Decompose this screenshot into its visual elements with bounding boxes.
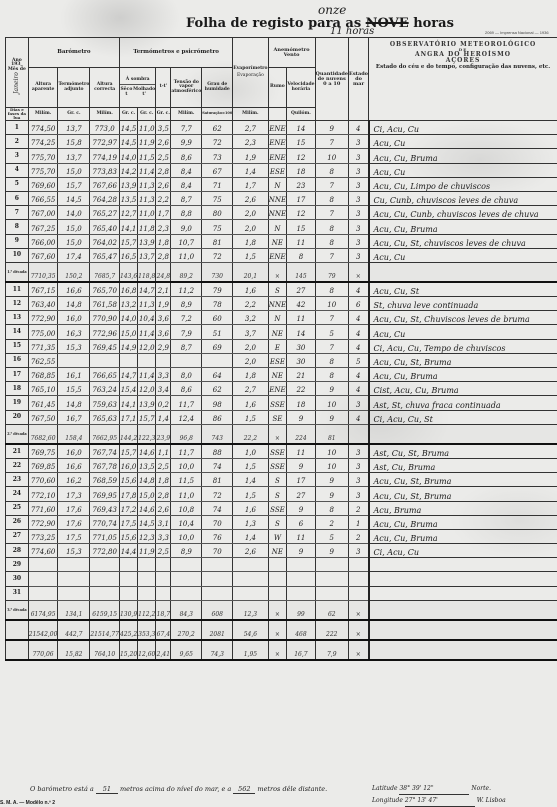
- cell-tensao: 11,0: [171, 487, 202, 501]
- cell-term: 158,4: [58, 424, 90, 444]
- cell-alt-ap: 767,15: [28, 282, 58, 296]
- cell-diff: 18,7: [156, 600, 171, 620]
- cell-vel: 99: [287, 600, 315, 620]
- cell-mar: 3: [349, 191, 369, 205]
- cell-nuv: 9: [315, 121, 349, 135]
- sea-state-header: Estado do mar: [349, 38, 369, 121]
- cell-term: 15,8: [58, 135, 90, 149]
- remark-cell: Acu, Cu, St, Bruma: [369, 473, 557, 487]
- cell-alt-ap: 769,75: [28, 444, 58, 458]
- cell-diff: [156, 572, 171, 586]
- cell-alt-corr: 761,58: [90, 297, 120, 311]
- cell-seco: 14,9: [119, 339, 137, 353]
- unit-direction: [268, 108, 287, 121]
- cell-molh: 11,3: [138, 177, 156, 191]
- cell-hum: 86: [202, 410, 233, 424]
- cell-seco: 15,7: [119, 234, 137, 248]
- remark-cell: [369, 262, 557, 282]
- cell-evap: 1,0: [233, 444, 268, 458]
- day-row: 12763,4014,8761,5813,211,31,98,9782,2NNE…: [6, 297, 557, 311]
- cell-vel: 14: [287, 121, 315, 135]
- cell-seco: 15,20: [119, 640, 137, 660]
- day-row: 21769,7516,0767,7415,714,61,111,7881,0SS…: [6, 444, 557, 458]
- cell-diff: 0,2: [156, 396, 171, 410]
- title-suffix: horas: [413, 16, 454, 31]
- cell-mar: 3: [349, 149, 369, 163]
- cell-seco: 17,5: [119, 515, 137, 529]
- unit-humidity: Saturação=100: [202, 108, 233, 121]
- register-sheet: Folha de registo para as NOVE horas onze…: [0, 0, 557, 807]
- cell-hum: 608: [202, 600, 233, 620]
- cell-vel: 17: [287, 473, 315, 487]
- remark-cell: Cist, Acu, Cu, Bruma: [369, 382, 557, 396]
- remarks-header: OBSERVATÓRIO METEOROLÓGICO DE ANGRA DO H…: [369, 38, 557, 121]
- cell-alt-ap: 765,10: [28, 382, 58, 396]
- cell-alt-corr: [90, 353, 120, 367]
- remark-cell: Acu, Cu, Cunb, chuviscos leves de chuva: [369, 206, 557, 220]
- remark-cell: Acu, Cu, Limpo de chuviscos: [369, 177, 557, 191]
- cell-seco: 130,9: [119, 600, 137, 620]
- cell-vel: 12: [287, 149, 315, 163]
- cell-evap: 1,4: [233, 473, 268, 487]
- cell-evap: 2,0: [233, 206, 268, 220]
- shade-label: À sombra: [120, 78, 155, 86]
- day-cell: 24: [6, 487, 29, 501]
- cell-diff: 1,7: [156, 206, 171, 220]
- unit-dry: Gr. c.: [119, 108, 137, 121]
- cell-mar: 2: [349, 501, 369, 515]
- decade-summary-row: 1.ª década7710,35150,27685,7143,6118,824…: [6, 262, 557, 282]
- cell-seco: 12,7: [119, 206, 137, 220]
- cell-molh: 12,3: [138, 529, 156, 543]
- cell-evap: 2,7: [233, 382, 268, 396]
- cell-diff: 2,6: [156, 501, 171, 515]
- day-row: 11767,1516,6765,7016,814,72,111,2791,6S2…: [6, 282, 557, 296]
- cell-alt-corr: 771,05: [90, 529, 120, 543]
- cell-nuv: 8: [315, 163, 349, 177]
- cell-molh: 14,5: [138, 515, 156, 529]
- evaporimeter-header: Evaporímetro Evaporação: [233, 38, 268, 108]
- cell-alt-corr: 767,78: [90, 458, 120, 472]
- unit-wet: Gr. c.: [138, 108, 156, 121]
- cell-tensao: 9,65: [171, 640, 202, 660]
- day-cell: [6, 640, 29, 660]
- cell-vel: 15: [287, 135, 315, 149]
- remark-cell: Ci, Acu, Cu: [369, 544, 557, 558]
- cell-vel: 12: [287, 206, 315, 220]
- cell-diff: 2,5: [156, 544, 171, 558]
- evaporimeter-label: Evaporímetro: [233, 67, 267, 72]
- cell-rumo: SSE: [268, 396, 287, 410]
- cell-tensao: 11,7: [171, 444, 202, 458]
- cell-alt-corr: [90, 572, 120, 586]
- cell-nuv: 8: [315, 234, 349, 248]
- cell-mar: 3: [349, 177, 369, 191]
- cell-hum: [202, 572, 233, 586]
- form-model: S. M. A. — Modêlo n.º 2: [0, 800, 55, 806]
- cell-evap: 2,0: [233, 353, 268, 367]
- barometer-distance-value: 562: [233, 785, 255, 794]
- cell-seco: 143,6: [119, 262, 137, 282]
- cell-evap: 1,6: [233, 282, 268, 296]
- cell-tensao: 10,0: [171, 458, 202, 472]
- cell-evap: 1,8: [233, 234, 268, 248]
- day-row: 3775,7013,7774,1914,011,52,58,6731,9ENE1…: [6, 149, 557, 163]
- cell-term: 15,82: [58, 640, 90, 660]
- cell-diff: 2,8: [156, 248, 171, 262]
- cell-term: 14,8: [58, 297, 90, 311]
- cell-evap: 1,6: [233, 396, 268, 410]
- cell-molh: 14,7: [138, 282, 156, 296]
- cell-alt-corr: 766,65: [90, 368, 120, 382]
- cell-diff: 2,3: [156, 220, 171, 234]
- cell-alt-corr: 765,63: [90, 410, 120, 424]
- cell-rumo: ×: [268, 620, 287, 640]
- cell-diff: 2,6: [156, 135, 171, 149]
- cell-rumo: ×: [268, 424, 287, 444]
- cell-seco: 14,1: [119, 396, 137, 410]
- cell-alt-ap: 768,85: [28, 368, 58, 382]
- cell-mar: ×: [349, 600, 369, 620]
- cell-term: 15,3: [58, 339, 90, 353]
- decade-summary-row: 21542,00442,721514,77425,2353,367,4270,2…: [6, 620, 557, 640]
- cell-alt-ap: 775,70: [28, 163, 58, 177]
- cell-hum: 60: [202, 311, 233, 325]
- cell-alt-corr: 770,90: [90, 311, 120, 325]
- cell-term: 14,0: [58, 206, 90, 220]
- cell-evap: 2,6: [233, 191, 268, 205]
- day-cell: 1.ª década: [6, 262, 29, 282]
- cell-vel: 11: [287, 234, 315, 248]
- day-row: 8767,2515,0765,4014,111,82,39,0752,0N158…: [6, 220, 557, 234]
- cell-term: 17,6: [58, 515, 90, 529]
- cell-diff: 2,9: [156, 339, 171, 353]
- cell-tensao: 8,4: [171, 163, 202, 177]
- day-row: 22769,8516,6767,7816,013,52,510,0741,5SS…: [6, 458, 557, 472]
- vapor-tension-header: Tensão do vapor atmosférico: [171, 68, 202, 108]
- cell-alt-corr: [90, 586, 120, 600]
- cell-term: 16,2: [58, 473, 90, 487]
- cell-vel: 30: [287, 339, 315, 353]
- cell-mar: 4: [349, 339, 369, 353]
- cell-hum: 78: [202, 297, 233, 311]
- day-cell: 15: [6, 339, 29, 353]
- day-cell: 14: [6, 325, 29, 339]
- cell-tensao: 10,4: [171, 515, 202, 529]
- day-cell: 27: [6, 529, 29, 543]
- cell-evap: 2,3: [233, 135, 268, 149]
- cell-diff: 2,8: [156, 487, 171, 501]
- cell-molh: 11,0: [138, 121, 156, 135]
- day-row: 24772,1017,3769,9517,815,02,811,0721,5S2…: [6, 487, 557, 501]
- cell-hum: 73: [202, 149, 233, 163]
- day-cell: 18: [6, 382, 29, 396]
- cell-evap: 1,5: [233, 487, 268, 501]
- day-cell: 2: [6, 135, 29, 149]
- cell-hum: 72: [202, 135, 233, 149]
- cell-term: 15,0: [58, 234, 90, 248]
- cell-molh: 122,3: [138, 424, 156, 444]
- cell-vel: [287, 572, 315, 586]
- cell-mar: 3: [349, 444, 369, 458]
- cell-tensao: 8,8: [171, 206, 202, 220]
- cell-alt-corr: [90, 558, 120, 572]
- cell-molh: 11,8: [138, 220, 156, 234]
- cell-rumo: SSE: [268, 458, 287, 472]
- cell-vel: 9: [287, 458, 315, 472]
- cell-alt-corr: 7662,95: [90, 424, 120, 444]
- day-cell: 9: [6, 234, 29, 248]
- cell-rumo: [268, 586, 287, 600]
- cell-alt-ap: 771,35: [28, 339, 58, 353]
- cell-term: 16,0: [58, 311, 90, 325]
- cell-tensao: 8,4: [171, 177, 202, 191]
- cell-hum: 81: [202, 473, 233, 487]
- cell-tensao: 89,2: [171, 262, 202, 282]
- cell-diff: 3,4: [156, 382, 171, 396]
- cell-molh: 11,3: [138, 191, 156, 205]
- cell-hum: 67: [202, 163, 233, 177]
- cell-term: 15,0: [58, 163, 90, 177]
- cell-mar: 3: [349, 473, 369, 487]
- cell-alt-corr: 769,43: [90, 501, 120, 515]
- cell-nuv: 8: [315, 368, 349, 382]
- cell-molh: 14,6: [138, 501, 156, 515]
- cell-seco: 15,6: [119, 473, 137, 487]
- cell-seco: [119, 572, 137, 586]
- cell-nuv: 10: [315, 396, 349, 410]
- cell-alt-ap: 775,00: [28, 325, 58, 339]
- cell-tensao: 11,7: [171, 396, 202, 410]
- cell-hum: 75: [202, 191, 233, 205]
- cell-nuv: 8: [315, 353, 349, 367]
- cell-nuv: 10: [315, 458, 349, 472]
- day-cell: 13: [6, 311, 29, 325]
- cell-alt-corr: 773,0: [90, 121, 120, 135]
- cell-nuv: 8: [315, 501, 349, 515]
- cell-alt-ap: 767,25: [28, 220, 58, 234]
- cell-term: 15,7: [58, 177, 90, 191]
- remark-cell: [369, 572, 557, 586]
- cell-term: 134,1: [58, 600, 90, 620]
- cell-hum: 70: [202, 515, 233, 529]
- remark-cell: Acu, Cu, Bruma: [369, 368, 557, 382]
- cell-diff: 3,6: [156, 325, 171, 339]
- cell-seco: 15,0: [119, 325, 137, 339]
- thermometers-header: Termómetros e psicrómetro: [119, 38, 232, 68]
- cell-term: 16,7: [58, 410, 90, 424]
- cell-nuv: 8: [315, 220, 349, 234]
- cell-rumo: S: [268, 473, 287, 487]
- cell-tensao: 8,7: [171, 191, 202, 205]
- cell-diff: 2,2: [156, 191, 171, 205]
- cell-rumo: ENE: [268, 121, 287, 135]
- barometer-header: Barómetro: [28, 38, 119, 68]
- cell-seco: 14,0: [119, 311, 137, 325]
- cell-vel: 14: [287, 325, 315, 339]
- cell-mar: [349, 424, 369, 444]
- sheet-title: Folha de registo para as NOVE horas: [186, 16, 454, 31]
- cell-vel: 8: [287, 248, 315, 262]
- handwritten-hour: 11 horas: [330, 26, 374, 37]
- day-cell: 17: [6, 368, 29, 382]
- cell-evap: 1,8: [233, 368, 268, 382]
- cell-seco: 16,0: [119, 458, 137, 472]
- remark-cell: [369, 558, 557, 572]
- cell-alt-corr: 759,63: [90, 396, 120, 410]
- cell-alt-corr: 21514,77: [90, 620, 120, 640]
- cell-alt-corr: 764,28: [90, 191, 120, 205]
- cell-evap: 22,2: [233, 424, 268, 444]
- longitude-suffix: W. Lisboa: [477, 797, 506, 804]
- cell-rumo: NNE: [268, 191, 287, 205]
- cell-molh: 353,3: [138, 620, 156, 640]
- cell-alt-ap: [28, 572, 58, 586]
- day-cell: 31: [6, 586, 29, 600]
- cell-seco: 144,2: [119, 424, 137, 444]
- cell-seco: 17,8: [119, 487, 137, 501]
- cell-hum: 730: [202, 262, 233, 282]
- cell-alt-corr: 765,27: [90, 206, 120, 220]
- cell-alt-ap: [28, 586, 58, 600]
- cell-diff: 1,9: [156, 297, 171, 311]
- cell-tensao: 11,5: [171, 473, 202, 487]
- cell-tensao: 8,6: [171, 149, 202, 163]
- cell-term: 16,6: [58, 282, 90, 296]
- cell-term: 15,5: [58, 382, 90, 396]
- cell-evap: 2,2: [233, 297, 268, 311]
- remark-cell: [369, 600, 557, 620]
- cell-hum: 71: [202, 177, 233, 191]
- latitude-suffix: Norte.: [471, 785, 491, 792]
- cell-evap: 1,5: [233, 248, 268, 262]
- cell-rumo: ×: [268, 640, 287, 660]
- cell-evap: 1,9: [233, 149, 268, 163]
- cell-diff: 2,6: [156, 177, 171, 191]
- cell-evap: 1,7: [233, 177, 268, 191]
- cell-seco: 16,5: [119, 248, 137, 262]
- cell-tensao: 270,2: [171, 620, 202, 640]
- cell-evap: 2,0: [233, 220, 268, 234]
- cell-nuv: 79: [315, 262, 349, 282]
- cell-diff: 2,5: [156, 149, 171, 163]
- wind-label: Vento: [269, 53, 315, 58]
- day-cell: 12: [6, 297, 29, 311]
- day-row: 30: [6, 572, 557, 586]
- cell-alt-ap: 21542,00: [28, 620, 58, 640]
- cell-rumo: S: [268, 515, 287, 529]
- cell-term: 442,7: [58, 620, 90, 640]
- cell-diff: 67,4: [156, 620, 171, 640]
- cell-alt-ap: 775,70: [28, 149, 58, 163]
- cell-alt-ap: 767,60: [28, 248, 58, 262]
- month-handwritten: Janeiro: [14, 72, 20, 94]
- cell-mar: 4: [349, 325, 369, 339]
- cell-vel: 22: [287, 382, 315, 396]
- cell-tensao: 8,9: [171, 297, 202, 311]
- cell-mar: 3: [349, 163, 369, 177]
- cell-evap: 1,4: [233, 163, 268, 177]
- cell-rumo: E: [268, 339, 287, 353]
- cell-mar: 3: [349, 248, 369, 262]
- cell-hum: 74,3: [202, 640, 233, 660]
- remark-cell: Acu, Cu, Bruma: [369, 515, 557, 529]
- cell-molh: 13,9: [138, 396, 156, 410]
- barometer-text-3: metros dêle distante.: [257, 785, 327, 793]
- cell-diff: 3,3: [156, 529, 171, 543]
- cell-mar: [349, 586, 369, 600]
- cell-tensao: 9,9: [171, 135, 202, 149]
- cell-evap: [233, 558, 268, 572]
- cell-tensao: [171, 353, 202, 367]
- cell-seco: 17,1: [119, 410, 137, 424]
- clouds-header: Quantidade de nuvens 0 a 10: [315, 38, 349, 121]
- cell-rumo: NNE: [268, 206, 287, 220]
- remark-cell: Acu, Cu, St, chuviscos leves de chuva: [369, 234, 557, 248]
- cell-evap: 2,6: [233, 544, 268, 558]
- cell-rumo: NE: [268, 368, 287, 382]
- cell-alt-corr: 773,83: [90, 163, 120, 177]
- cell-nuv: 7: [315, 206, 349, 220]
- cell-nuv: 7: [315, 311, 349, 325]
- cell-mar: 4: [349, 410, 369, 424]
- cell-nuv: 222: [315, 620, 349, 640]
- cell-molh: [138, 353, 156, 367]
- cell-rumo: ENE: [268, 248, 287, 262]
- cell-mar: 3: [349, 135, 369, 149]
- cell-nuv: 10: [315, 444, 349, 458]
- cell-molh: 14,8: [138, 473, 156, 487]
- cell-rumo: ENE: [268, 382, 287, 396]
- cell-evap: 3,7: [233, 325, 268, 339]
- cell-vel: 18: [287, 163, 315, 177]
- day-cell: 20: [6, 410, 29, 424]
- remark-cell: Acu, Cu, Bruma: [369, 149, 557, 163]
- cell-molh: 11,9: [138, 135, 156, 149]
- cell-hum: 74: [202, 458, 233, 472]
- cell-alt-corr: 765,70: [90, 282, 120, 296]
- cell-seco: [119, 586, 137, 600]
- remark-cell: [369, 640, 557, 660]
- day-cell: 11: [6, 282, 29, 296]
- cell-diff: 2,41: [156, 640, 171, 660]
- cell-alt-ap: [28, 558, 58, 572]
- register-table: Ano 193_ Mês de Janeiro Barómetro Termóm…: [5, 37, 557, 661]
- cell-mar: 2: [349, 529, 369, 543]
- corrected-height-header: Altura correcta: [90, 68, 120, 108]
- cell-rumo: ESE: [268, 163, 287, 177]
- barometer-height-value: 51: [96, 785, 118, 794]
- cell-alt-corr: 767,74: [90, 444, 120, 458]
- cell-alt-ap: 767,00: [28, 206, 58, 220]
- cell-rumo: NE: [268, 544, 287, 558]
- remark-cell: [369, 620, 557, 640]
- cell-molh: 15,7: [138, 410, 156, 424]
- cell-nuv: [315, 558, 349, 572]
- cell-term: 14,5: [58, 191, 90, 205]
- cell-mar: 5: [349, 353, 369, 367]
- cell-tensao: [171, 572, 202, 586]
- cell-alt-corr: 772,80: [90, 544, 120, 558]
- cell-nuv: 9: [315, 487, 349, 501]
- cell-tensao: 10,0: [171, 529, 202, 543]
- cell-hum: 88: [202, 444, 233, 458]
- remark-cell: Acu, Cu, Bruma: [369, 529, 557, 543]
- cell-molh: [138, 586, 156, 600]
- cell-mar: 4: [349, 311, 369, 325]
- cell-alt-ap: 6174,95: [28, 600, 58, 620]
- anemometer-header: Anemómetro Vento: [268, 38, 315, 68]
